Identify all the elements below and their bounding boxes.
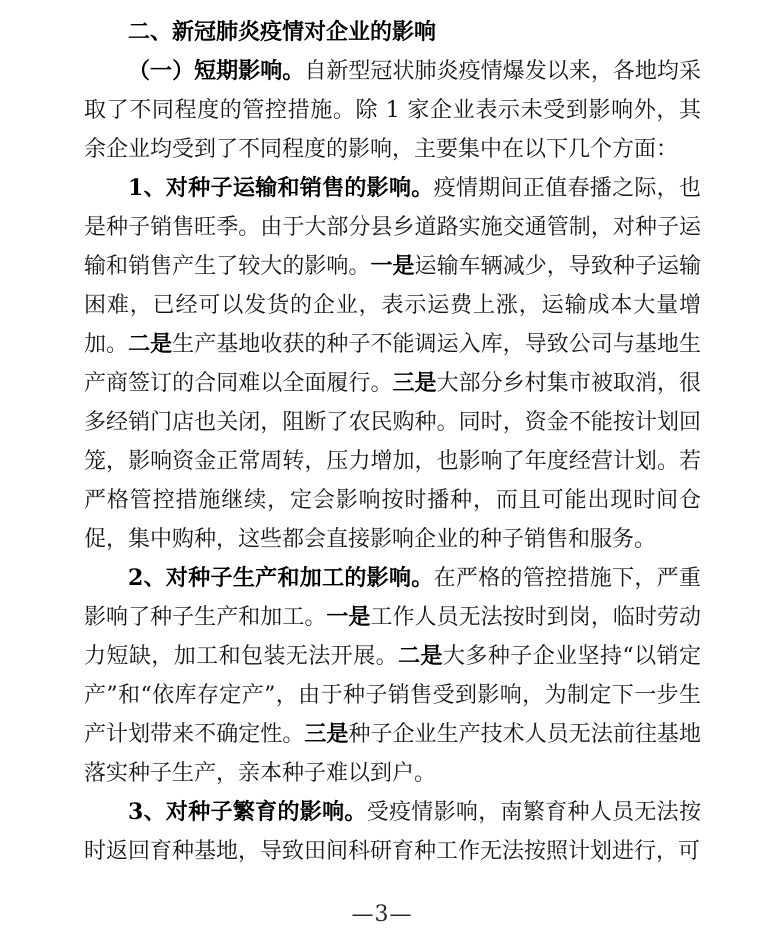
bold-text-run: 二是 (398, 643, 443, 669)
paragraph: 1、对种子运输和销售的影响。疫情期间正值春播之际，也是种子销售旺季。由于大部分县… (84, 169, 701, 559)
bold-text-run: 2、对种子生产和加工的影响。 (128, 565, 434, 591)
bold-text-run: 1、对种子运输和销售的影响。 (128, 175, 434, 201)
bold-text-run: 三是 (304, 721, 348, 747)
bold-text-run: 3、对种子繁育的影响。 (128, 799, 367, 825)
document-content: 二、新冠肺炎疫情对企业的影响（一）短期影响。自新型冠状肺炎疫情爆发以来，各地均采… (84, 13, 701, 871)
text-run: 大部分乡村集市被取消，很多经销门店也关闭，阻断了农民购种。同时，资金不能按计划回… (84, 371, 701, 552)
bold-text-run: 二是 (128, 331, 172, 357)
bold-text-run: 二、新冠肺炎疫情对企业的影响 (128, 20, 436, 45)
paragraph: 3、对种子繁育的影响。受疫情影响，南繁育种人员无法按时返回育种基地，导致田间科研… (84, 793, 701, 871)
bold-text-run: （一）短期影响。 (128, 58, 304, 84)
bold-text-run: 一是 (326, 604, 370, 630)
page-number: —3— (352, 902, 413, 927)
bold-text-run: 三是 (393, 370, 437, 396)
page-footer: —3— (0, 902, 764, 927)
section-heading: 二、新冠肺炎疫情对企业的影响 (84, 13, 701, 52)
bold-text-run: 一是 (370, 253, 414, 279)
document-page: 二、新冠肺炎疫情对企业的影响（一）短期影响。自新型冠状肺炎疫情爆发以来，各地均采… (0, 0, 764, 949)
paragraph: （一）短期影响。自新型冠状肺炎疫情爆发以来，各地均采取了不同程度的管控措施。除 … (84, 52, 701, 169)
paragraph: 2、对种子生产和加工的影响。在严格的管控措施下，严重影响了种子生产和加工。一是工… (84, 559, 701, 793)
